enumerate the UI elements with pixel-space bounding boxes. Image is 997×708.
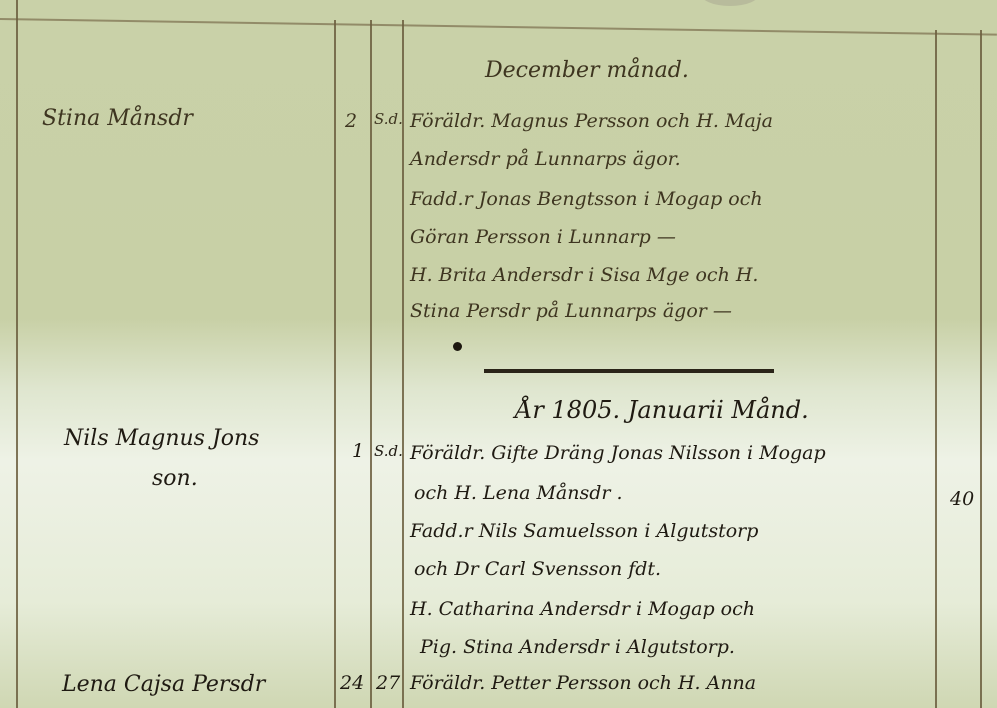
entry-line: H. Catharina Andersdr i Mogap och [410,598,755,620]
entry-line: Fadd.r Jonas Bengtsson i Mogap och [410,188,763,210]
column-line [980,30,982,708]
entry-name-cont: son. [152,466,198,491]
entry-line: och Dr Carl Svensson fdt. [414,558,661,580]
column-line [935,30,937,708]
entry-line: Fadd.r Nils Samuelsson i Algutstorp [410,520,758,542]
entry-line: Pig. Stina Andersdr i Algutstorp. [420,636,735,658]
entry-day: 1 [352,440,364,462]
entry-line: H. Brita Andersdr i Sisa Mge och H. [410,264,758,286]
section-heading: År 1805. Januarii Månd. [515,396,809,424]
entry-name: Lena Cajsa Persdr [62,672,265,697]
register-page: December månad. Stina Månsdr 2 S.d. Förä… [0,0,997,708]
entry-code: S.d. [374,442,403,460]
column-line [370,20,372,708]
entry-name: Nils Magnus Jons [64,426,259,451]
paper-stain [700,0,760,6]
entry-day: 24 [340,672,364,694]
entry-line: och H. Lena Månsdr . [414,482,623,504]
column-line [16,0,18,708]
entry-line: Göran Persson i Lunnarp — [410,226,676,248]
entry-code: S.d. [374,110,403,128]
section-divider [484,369,774,373]
entry-day: 2 [345,110,357,132]
entry-name: Stina Månsdr [42,106,193,131]
entry-line: Andersdr på Lunnarps ägor. [410,148,681,170]
column-line [334,20,336,708]
entry-line: Föräldr. Gifte Dräng Jonas Nilsson i Mog… [410,442,826,464]
ink-dot [453,342,462,351]
entry-line: Föräldr. Petter Persson och H. Anna [410,672,756,694]
entry-code: 27 [376,672,400,694]
entry-line: Stina Persdr på Lunnarps ägor — [410,300,732,322]
entry-note: 40 [950,488,974,510]
header-rule [0,18,997,36]
section-heading: December månad. [485,58,689,83]
entry-line: Föräldr. Magnus Persson och H. Maja [410,110,773,132]
